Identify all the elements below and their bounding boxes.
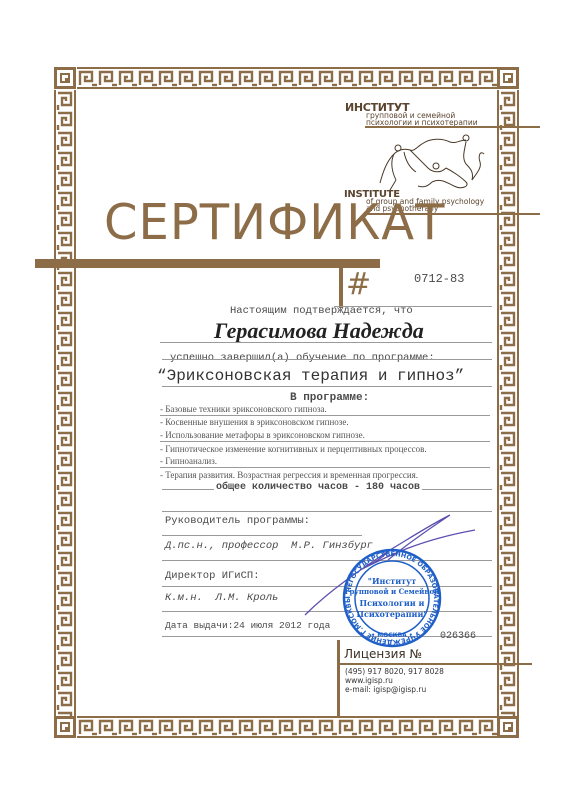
border-left	[54, 90, 76, 716]
completed-text: успешно завершил(а) обучение по программ…	[170, 352, 435, 364]
stamp-line-4: Психотерапии"	[342, 609, 442, 619]
in-program-label: В программе:	[290, 392, 369, 404]
corner-bottom-left	[54, 716, 76, 738]
total-hours: общее количество часов - 180 часов	[214, 482, 422, 493]
confirm-text: Настоящим подтверждается, что	[230, 305, 413, 317]
corner-top-left	[54, 67, 76, 89]
license-divider-horizontal	[340, 663, 532, 665]
list-item: - Гипнотическое изменение когнитивных и …	[160, 444, 427, 454]
border-top	[77, 67, 497, 89]
border-right	[497, 90, 519, 716]
number-bar	[339, 268, 343, 308]
list-item: - Гипноанализ.	[160, 456, 217, 466]
serial-number: 026366	[440, 631, 476, 642]
stamp-line-2: Групповой и Семейной	[342, 587, 442, 596]
stamp-line-1: "Институт	[342, 576, 442, 586]
list-item: - Использование метафоры в эриксоновском…	[160, 430, 365, 440]
official-stamp: НЕГОСУДАРСТВЕННОЕ ОБРАЗОВАТЕЛЬНОЕ УЧРЕЖД…	[342, 548, 442, 648]
certificate-number: 0712-83	[414, 272, 464, 286]
license-divider-vertical	[337, 640, 340, 716]
recipient-name: Герасимова Надежда	[214, 318, 424, 344]
license-phone: (495) 917 8020, 917 8028	[345, 667, 444, 676]
stamp-line-3: Психологии и	[342, 598, 442, 608]
certificate-title: СЕРТИФИКАТ	[104, 198, 445, 247]
license-email[interactable]: e-mail: igisp@igisp.ru	[345, 685, 426, 694]
license-label: Лицензия №	[344, 647, 422, 661]
corner-top-right	[497, 67, 519, 89]
number-symbol: #	[346, 270, 371, 300]
issue-date: Дата выдачи:24 июля 2012 года	[165, 620, 330, 631]
license-website[interactable]: www.igisp.ru	[345, 676, 393, 685]
program-head-label: Руководитель программы:	[165, 515, 310, 527]
list-item: - Базовые техники эриксоновского гипноза…	[160, 404, 327, 414]
corner-bottom-right	[497, 716, 519, 738]
director-name: К.м.н. Л.М. Кроль	[165, 592, 278, 604]
program-title: “Эриксоновская терапия и гипноз”	[157, 367, 464, 385]
list-item: - Терапия развития. Возрастная регрессия…	[160, 470, 418, 480]
border-bottom	[77, 716, 497, 738]
list-item: - Косвенные внушения в эриксоновском гип…	[160, 417, 349, 427]
stamp-city: • МОСКВА •	[342, 632, 442, 639]
dance-figures-illustration	[370, 128, 500, 193]
director-label: Директор ИГиСП:	[165, 570, 260, 582]
title-bar	[35, 259, 380, 268]
